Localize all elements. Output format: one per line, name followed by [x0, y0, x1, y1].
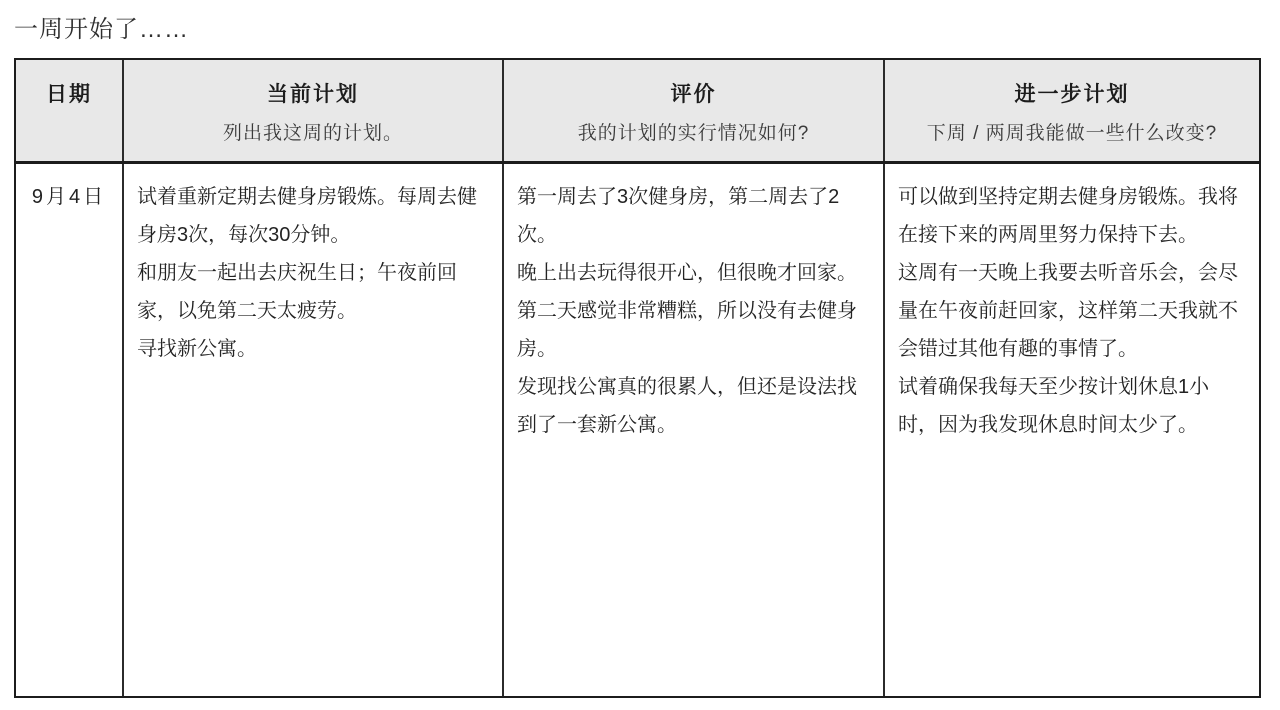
header-cell-current-plan: 当前计划 列出我这周的计划。	[124, 60, 504, 161]
header-title-evaluation: 评价	[504, 78, 883, 108]
current-plan-paragraph: 寻找新公寓。	[137, 330, 489, 368]
cell-date: 9月4日	[16, 164, 124, 696]
further-plan-paragraph: 这周有一天晚上我要去听音乐会，会尽量在午夜前赶回家，这样第二天我就不会错过其他有…	[898, 254, 1246, 368]
header-subtitle-current-plan: 列出我这周的计划。	[124, 118, 502, 145]
table-row: 9月4日 试着重新定期去健身房锻炼。每周去健身房3次，每次30分钟。 和朋友一起…	[16, 164, 1259, 696]
cell-further-plan: 可以做到坚持定期去健身房锻炼。我将在接下来的两周里努力保持下去。 这周有一天晚上…	[885, 164, 1259, 696]
header-title-date: 日期	[16, 78, 122, 108]
cell-evaluation: 第一周去了3次健身房，第二周去了2次。 晚上出去玩得很开心，但很晚才回家。第二天…	[504, 164, 885, 696]
further-plan-paragraph: 可以做到坚持定期去健身房锻炼。我将在接下来的两周里努力保持下去。	[898, 178, 1246, 254]
further-plan-paragraph: 试着确保我每天至少按计划休息1小时，因为我发现休息时间太少了。	[898, 368, 1246, 444]
cell-current-plan: 试着重新定期去健身房锻炼。每周去健身房3次，每次30分钟。 和朋友一起出去庆祝生…	[124, 164, 504, 696]
header-cell-further-plan: 进一步计划 下周 / 两周我能做一些什么改变?	[885, 60, 1259, 161]
current-plan-paragraph: 试着重新定期去健身房锻炼。每周去健身房3次，每次30分钟。	[137, 178, 489, 254]
header-subtitle-further-plan: 下周 / 两周我能做一些什么改变?	[885, 118, 1259, 145]
header-title-current-plan: 当前计划	[124, 78, 502, 108]
current-plan-paragraph: 和朋友一起出去庆祝生日；午夜前回家，以免第二天太疲劳。	[137, 254, 489, 330]
weekly-plan-table: 日期 当前计划 列出我这周的计划。 评价 我的计划的实行情况如何? 进一步计划 …	[14, 58, 1261, 698]
evaluation-paragraph: 发现找公寓真的很累人，但还是设法找到了一套新公寓。	[517, 368, 870, 444]
header-title-further-plan: 进一步计划	[885, 78, 1259, 108]
header-cell-evaluation: 评价 我的计划的实行情况如何?	[504, 60, 885, 161]
table-header-row: 日期 当前计划 列出我这周的计划。 评价 我的计划的实行情况如何? 进一步计划 …	[16, 60, 1259, 164]
page-title: 一周开始了……	[14, 9, 189, 44]
header-subtitle-evaluation: 我的计划的实行情况如何?	[504, 118, 883, 145]
header-cell-date: 日期	[16, 60, 124, 161]
evaluation-paragraph: 晚上出去玩得很开心，但很晚才回家。第二天感觉非常糟糕，所以没有去健身房。	[517, 254, 870, 368]
evaluation-paragraph: 第一周去了3次健身房，第二周去了2次。	[517, 178, 870, 254]
